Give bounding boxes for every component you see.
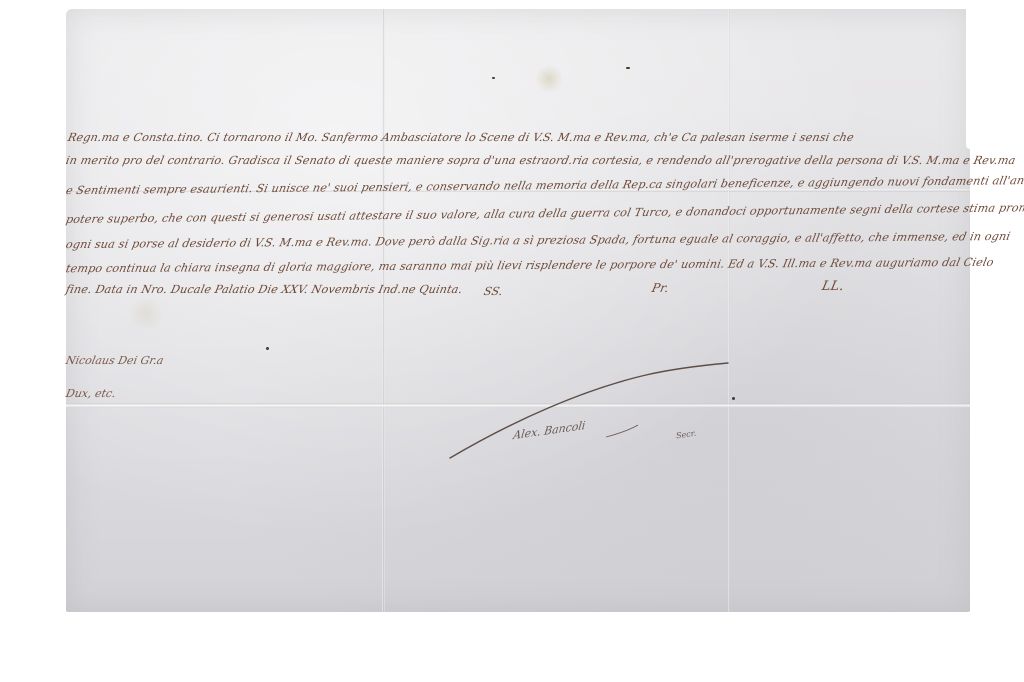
parchment-sheet: Regn.ma e Consta.tino. Ci tornarono il M… xyxy=(66,9,970,612)
signature-flourish-stroke xyxy=(66,9,970,612)
